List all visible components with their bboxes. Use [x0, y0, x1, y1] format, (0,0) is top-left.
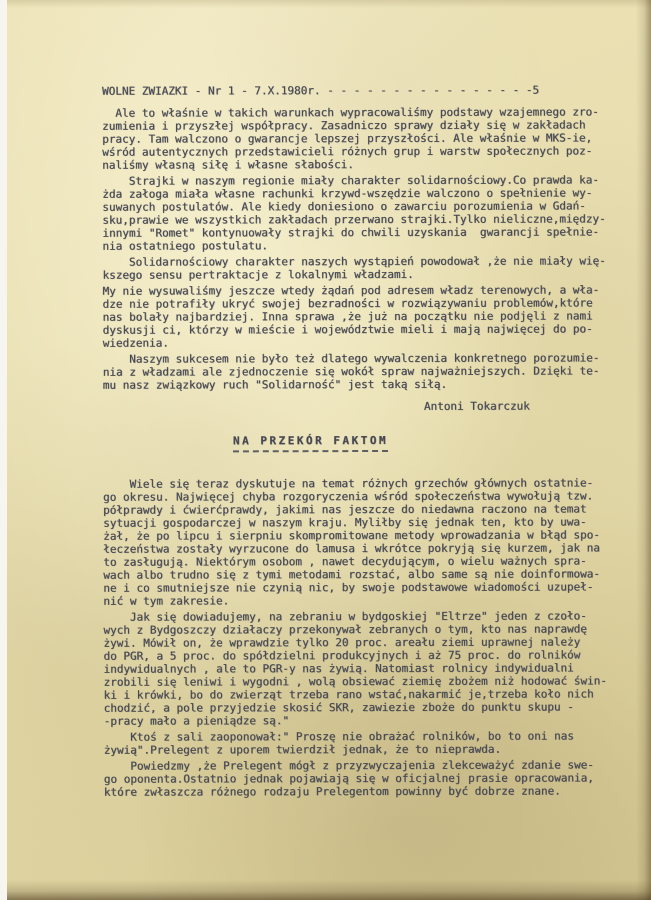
- article1-paragraph-1: Ale to właśnie w takich warunkach wyprac…: [102, 105, 647, 171]
- author-signature: Antoni Tokarczuk: [103, 400, 530, 414]
- article2-title-row: NA PRZEKÓR FAKTOM: [233, 433, 648, 452]
- masthead-line: WOLNE ZWIAZKI - Nr 1 - 7.X.1980r. - - - …: [102, 83, 647, 97]
- typewritten-text: WOLNE ZWIAZKI - Nr 1 - 7.X.1980r. - - - …: [102, 83, 649, 801]
- article1-paragraph-3: Solidarnościowy charakter naszych wystąp…: [103, 254, 648, 281]
- paper-sheet: WOLNE ZWIAZKI - Nr 1 - 7.X.1980r. - - - …: [7, 0, 651, 900]
- article2-paragraph-4: Powiedzmy ,że Prelegent mógł z przyzwycz…: [104, 758, 649, 798]
- article2-title: NA PRZEKÓR FAKTOM: [233, 434, 388, 452]
- article1-paragraph-4: My nie wysuwaliśmy jeszcze wtedy żądań p…: [103, 283, 648, 349]
- article2-paragraph-1: Wiele się teraz dyskutuje na temat różny…: [103, 476, 648, 607]
- article2-paragraph-2: Jak się dowiadujemy, na zebraniu w bydgo…: [103, 609, 648, 727]
- article1-paragraph-2: Strajki w naszym regionie miały charakte…: [102, 173, 647, 252]
- article2-paragraph-3: Ktoś z sali zaoponował:" Proszę nie obra…: [104, 729, 649, 756]
- scanned-document: WOLNE ZWIAZKI - Nr 1 - 7.X.1980r. - - - …: [0, 0, 651, 900]
- article1-paragraph-5: Naszym sukcesem nie było też dlatego wyw…: [103, 351, 648, 391]
